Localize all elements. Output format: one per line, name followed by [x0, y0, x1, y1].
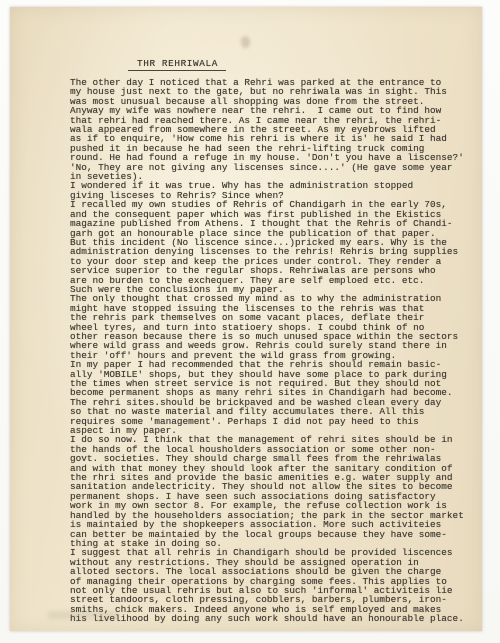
document-page: THR REHRIWALA The other day I noticed th…	[10, 7, 482, 631]
bleed-through-mark	[48, 611, 118, 619]
scan-background: THR REHRIWALA The other day I noticed th…	[0, 0, 500, 643]
document-title: THR REHRIWALA	[128, 59, 226, 71]
paragraph: The only thought that crossed my mind as…	[70, 294, 474, 360]
paragraph: The other day I noticed that a Rehri was…	[70, 78, 474, 181]
title-row: THR REHRIWALA	[70, 59, 474, 70]
paragraph: In my paper I had recommended that the r…	[70, 360, 474, 435]
paragraph: I suggest that all rehris in Chandigarh …	[70, 548, 474, 623]
paragraph: I recalled my own studies of Rehris of C…	[70, 200, 474, 294]
document-content: THR REHRIWALA The other day I noticed th…	[70, 59, 474, 624]
paragraph: I do so now. I think that the management…	[70, 435, 474, 548]
smudge-mark	[241, 36, 250, 48]
paragraph: I wondered if it was true. Why has the a…	[70, 181, 474, 200]
